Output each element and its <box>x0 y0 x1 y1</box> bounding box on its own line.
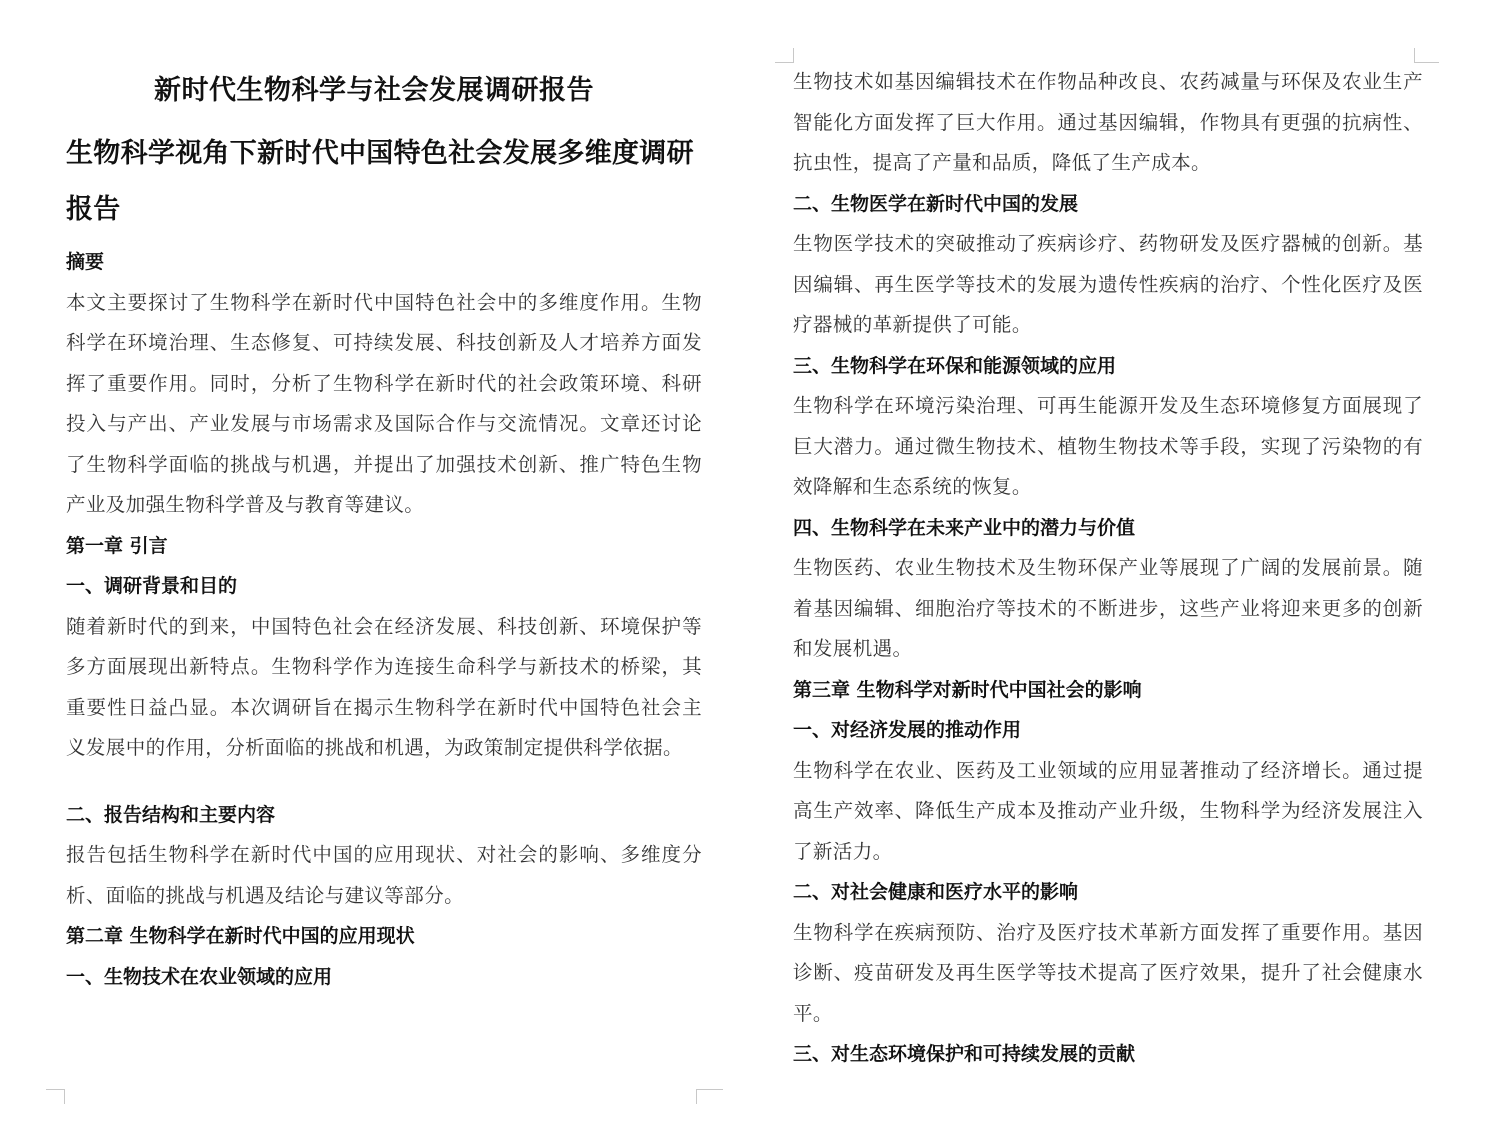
ch1-section-2-heading: 二、报告结构和主要内容 <box>66 795 702 836</box>
document-subtitle: 生物科学视角下新时代中国特色社会发展多维度调研报告 <box>66 126 702 238</box>
page-right-content: 生物技术如基因编辑技术在作物品种改良、农药减量与环保及农业生产智能化方面发挥了巨… <box>793 62 1423 1075</box>
page-corner-mark-top-right <box>1414 48 1439 63</box>
blank-line <box>66 769 702 795</box>
ch3-section-2-heading: 二、对社会健康和医疗水平的影响 <box>793 872 1423 913</box>
ch2-section-4-paragraph: 生物医药、农业生物技术及生物环保产业等展现了广阔的发展前景。随着基因编辑、细胞治… <box>793 548 1423 670</box>
page-corner-mark-bottom-right <box>696 1089 723 1104</box>
chapter-1-heading: 第一章 引言 <box>66 526 702 567</box>
ch2-section-2-paragraph: 生物医学技术的突破推动了疾病诊疗、药物研发及医疗器械的创新。基因编辑、再生医学等… <box>793 224 1423 346</box>
abstract-paragraph: 本文主要探讨了生物科学在新时代中国特色社会中的多维度作用。生物科学在环境治理、生… <box>66 283 702 526</box>
ch3-section-2-paragraph: 生物科学在疾病预防、治疗及医疗技术革新方面发挥了重要作用。基因诊断、疫苗研发及再… <box>793 913 1423 1035</box>
chapter-3-heading: 第三章 生物科学对新时代中国社会的影响 <box>793 670 1423 711</box>
chapter-2-heading: 第二章 生物科学在新时代中国的应用现状 <box>66 916 702 957</box>
page-corner-mark-bottom-left <box>46 1089 65 1104</box>
ch3-section-1-heading: 一、对经济发展的推动作用 <box>793 710 1423 751</box>
document-page-right: 生物技术如基因编辑技术在作物品种改良、农药减量与环保及农业生产智能化方面发挥了巨… <box>760 0 1500 1125</box>
ch2-section-3-paragraph: 生物科学在环境污染治理、可再生能源开发及生态环境修复方面展现了巨大潜力。通过微生… <box>793 386 1423 508</box>
ch1-section-2-paragraph: 报告包括生物科学在新时代中国的应用现状、对社会的影响、多维度分析、面临的挑战与机… <box>66 835 702 916</box>
ch1-section-1-heading: 一、调研背景和目的 <box>66 566 702 607</box>
ch3-section-1-paragraph: 生物科学在农业、医药及工业领域的应用显著推动了经济增长。通过提高生产效率、降低生… <box>793 751 1423 873</box>
ch2-section-1-paragraph: 生物技术如基因编辑技术在作物品种改良、农药减量与环保及农业生产智能化方面发挥了巨… <box>793 62 1423 184</box>
ch2-section-3-heading: 三、生物科学在环保和能源领域的应用 <box>793 346 1423 387</box>
page-corner-mark-top-left <box>775 48 794 63</box>
ch2-section-2-heading: 二、生物医学在新时代中国的发展 <box>793 184 1423 225</box>
document-title: 新时代生物科学与社会发展调研报告 <box>66 68 702 114</box>
document-page-left: 新时代生物科学与社会发展调研报告 生物科学视角下新时代中国特色社会发展多维度调研… <box>0 0 760 1125</box>
ch2-section-1-heading: 一、生物技术在农业领域的应用 <box>66 957 702 998</box>
ch2-section-4-heading: 四、生物科学在未来产业中的潜力与价值 <box>793 508 1423 549</box>
page-left-content: 新时代生物科学与社会发展调研报告 生物科学视角下新时代中国特色社会发展多维度调研… <box>66 68 702 997</box>
ch1-section-1-paragraph: 随着新时代的到来，中国特色社会在经济发展、科技创新、环境保护等多方面展现出新特点… <box>66 607 702 769</box>
ch3-section-3-heading: 三、对生态环境保护和可持续发展的贡献 <box>793 1034 1423 1075</box>
abstract-heading: 摘要 <box>66 242 702 283</box>
